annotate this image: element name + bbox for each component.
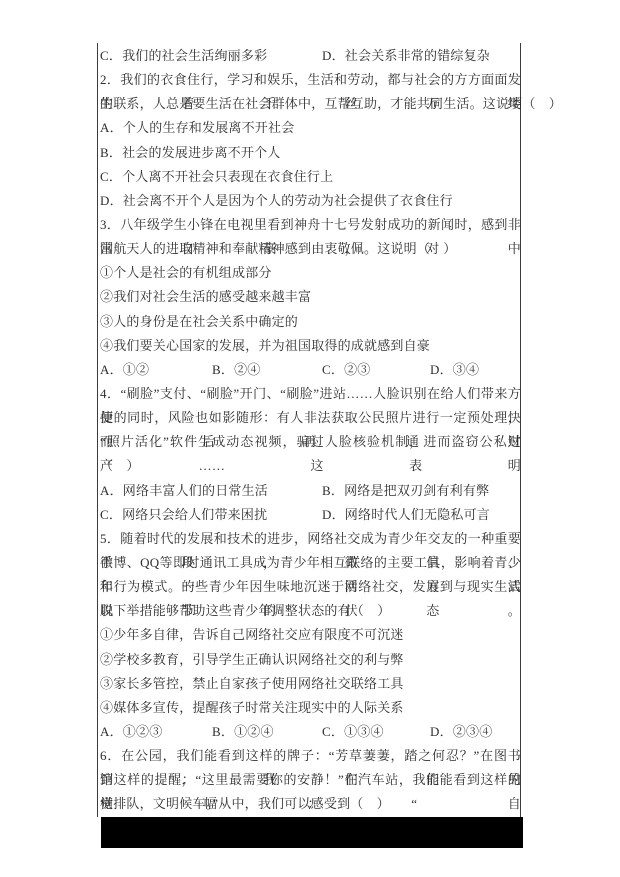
answer-option: A．网络丰富人们的日常生活 [100, 479, 268, 503]
exam-text-line: 捷的同时，风险也如影随形：有人非法获取公民照片进行一定预处理，而后再通过 [100, 406, 521, 430]
answer-options-row: A．①②B．②④C．②③D．③④ [100, 358, 521, 382]
answer-option: A．①② [100, 358, 149, 382]
answer-option: C．①③④ [322, 720, 384, 744]
redacted-black-bar [101, 817, 523, 848]
exam-text-line: 微博、QQ等即时通讯工具成为青少年相互联络的主要工具，影响着青少年的生活方式 [100, 551, 521, 575]
answer-option: C．②③ [322, 358, 370, 382]
exam-text-line: D．社会离不开个人是因为个人的劳动为社会提供了衣食住行 [100, 189, 521, 213]
answer-options-row: C．我们的社会生活绚丽多彩D．社会关系非常的错综复杂 [100, 44, 521, 68]
answer-option: B．②④ [212, 358, 260, 382]
answer-option: C．我们的社会生活绚丽多彩 [100, 44, 267, 68]
answer-option: B．网络是把双刃剑有利有弊 [322, 479, 489, 503]
exam-text-line: 5．随着时代的发展和技术的进步，网络社交成为青少年交友的一种重要手段，微信、 [100, 527, 521, 551]
exam-text-line: ②我们对社会生活的感受越来越丰富 [100, 285, 521, 309]
exam-text-line: 的联系，人总是要生活在社会群体中，互帮互助，才能共同生活。这说明（ ） [100, 92, 521, 116]
exam-text-line: ③家长多管控，禁止自家孩子使用网络社交联络工具 [100, 672, 521, 696]
exam-text-line: 2．我们的衣食住行，学习和娱乐，生活和劳动，都与社会的方方面面发生着千丝万缕 [100, 68, 521, 92]
exam-text-line: 4．“刷脸”支付、“刷脸”开门、“刷脸”进站……人脸识别在给人们带来方便快 [100, 382, 521, 406]
exam-text-line: A．个人的生存和发展离不开社会 [100, 116, 521, 140]
exam-text-line: B．社会的发展进步离不开个人 [100, 141, 521, 165]
answer-options-row: A．网络丰富人们的日常生活B．网络是把双刃剑有利有弊 [100, 479, 521, 503]
page-left-rule-line [97, 43, 98, 817]
exam-text-line: 觉排队，文明候车。”从中，我们可以感受到（ ） [100, 792, 521, 816]
answer-option: D．②③④ [430, 720, 492, 744]
answer-option: D．社会关系非常的错综复杂 [322, 44, 490, 68]
exam-text-line: “照片活化”软件生成动态视频，骗过人脸核验机制，进而盗窃公私财产……这表明 [100, 430, 521, 454]
exam-text-line: 国航天人的进取精神和奉献精神感到由衷敬佩。这说明（ ） [100, 237, 521, 261]
exam-text-line: 6．在公园，我们能看到这样的牌子：“芳草萋萋，踏之何忍？”在图书馆，我们能见 [100, 744, 521, 768]
exam-text-line: ①少年多自律，告诉自己网络社交应有限度不可沉迷 [100, 623, 521, 647]
exam-page: C．我们的社会生活绚丽多彩D．社会关系非常的错综复杂2．我们的衣食住行，学习和娱… [0, 0, 620, 877]
answer-options-row: A．①②③B．①②④C．①③④D．②③④ [100, 720, 521, 744]
exam-text-line: ③人的身份是在社会关系中确定的 [100, 310, 521, 334]
exam-text-line: ②学校多教育，引导学生正确认识网络社交的利与弊 [100, 648, 521, 672]
exam-text-line: 到这样的提醒：“这里最需要你的安静！”在汽车站，我们能看到这样的横幅：“自 [100, 768, 521, 792]
exam-text-line: 和行为模式。一些青少年因一味地沉迷于网络社交，发展到与现实生活脱节的状态。 [100, 575, 521, 599]
answer-option: B．①②④ [212, 720, 274, 744]
answer-option: D．网络时代人们无隐私可言 [322, 503, 490, 527]
answer-option: D．③④ [430, 358, 479, 382]
answer-option: A．①②③ [100, 720, 162, 744]
exam-text-line: （ ） [100, 454, 521, 478]
exam-text-line: ④媒体多宣传，提醒孩子时常关注现实中的人际关系 [100, 696, 521, 720]
answer-options-row: C．网络只会给人们带来困扰D．网络时代人们无隐私可言 [100, 503, 521, 527]
answer-option: C．网络只会给人们带来困扰 [100, 503, 267, 527]
exam-text-line: ④我们要关心国家的发展，并为祖国取得的成就感到自豪 [100, 334, 521, 358]
document-text-area: C．我们的社会生活绚丽多彩D．社会关系非常的错综复杂2．我们的衣食住行，学习和娱… [100, 44, 521, 817]
exam-text-line: C．个人离不开社会只表现在衣食住行上 [100, 165, 521, 189]
exam-text-line: 3．八年级学生小锋在电视里看到神舟十七号发射成功的新闻时，感到非常自豪，对中 [100, 213, 521, 237]
exam-text-line: 以下举措能够帮助这些青少年调整状态的有（ ） [100, 599, 521, 623]
exam-text-line: ①个人是社会的有机组成部分 [100, 261, 521, 285]
